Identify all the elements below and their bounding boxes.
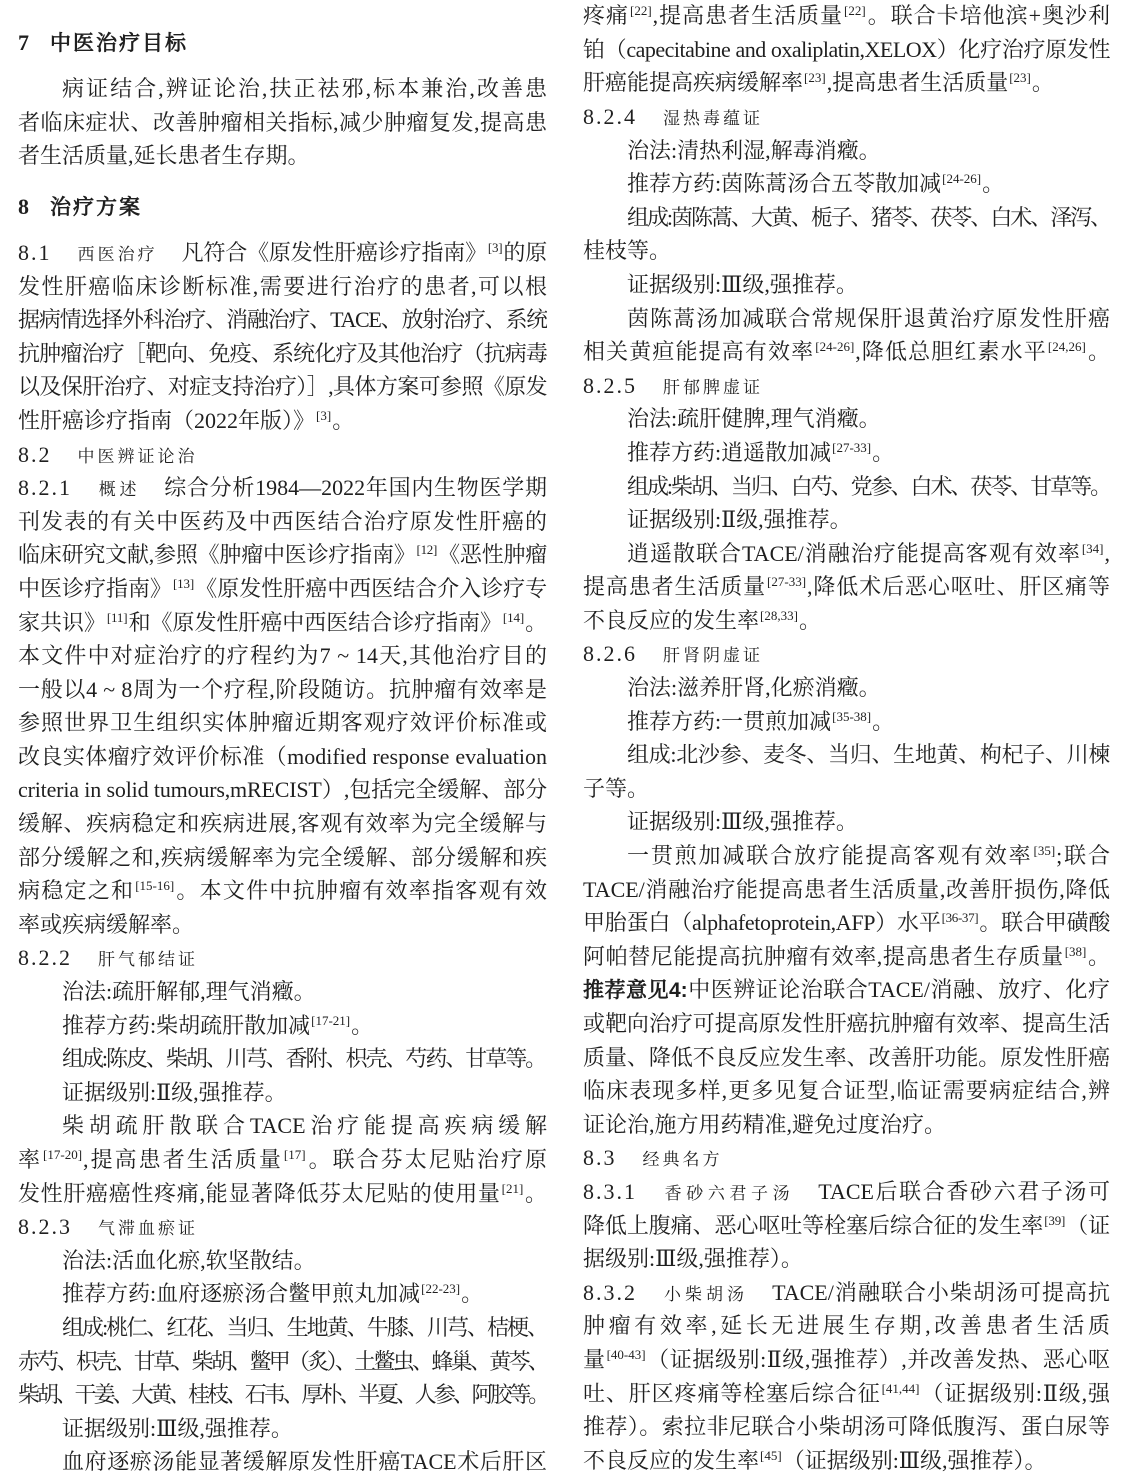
section-number: 8.2.1 <box>18 475 72 500</box>
body-text: 。 <box>525 610 547 635</box>
text-line: 相关黄疸能提高有效率[24-26],降低总胆红素水平[24,26]。 <box>583 335 1110 369</box>
body-text: 相关黄疸能提高有效率 <box>583 339 814 364</box>
body-text: 。 <box>1087 944 1110 969</box>
text-line: 中医诊疗指南》[13]《原发性肝癌中西医结合介入诊疗专 <box>18 572 547 606</box>
citation-superscript: [23] <box>804 70 826 85</box>
body-text: 抗肿瘤治疗［靶向、免疫、系统化疗及其他治疗（抗病毒 <box>18 341 547 366</box>
body-text: 据病情选择外科治疗、消融治疗、TACE、放射治疗、系统 <box>18 307 547 332</box>
citation-superscript: [27-33] <box>767 574 806 589</box>
body-text: ,降低总胆红素水平 <box>855 339 1047 364</box>
body-text: 率 <box>18 1147 42 1172</box>
body-text: 者生活质量,延长患者生存期。 <box>18 143 310 168</box>
section-title: 经典名方 <box>643 1150 723 1169</box>
citation-superscript: [24-26] <box>815 339 854 354</box>
body-text: 临床表现多样,更多见复合证型,临证需要病症结合,辨 <box>583 1078 1110 1103</box>
body-text: 推荐方药:血府逐瘀汤合鳖甲煎丸加减 <box>62 1281 420 1306</box>
citation-superscript: [22-23] <box>421 1281 460 1296</box>
text-line: 柴胡疏肝散联合TACE治疗能提高疾病缓解 <box>18 1109 547 1143</box>
citation-superscript: [17] <box>284 1147 306 1162</box>
right-column: 疼痛[22],提高患者生活质量[22]。联合卡培他滨+奥沙利铂（capecita… <box>583 0 1110 1476</box>
heading-title: 治疗方案 <box>50 196 142 219</box>
text-line: 8.1西医治疗凡符合《原发性肝癌诊疗指南》[3]的原 <box>18 236 547 270</box>
text-line: TACE/消融治疗能提高患者生活质量,改善肝损伤,降低 <box>583 873 1110 907</box>
heading-number: 8 <box>18 194 29 219</box>
text-line: 治法:疏肝解郁,理气消癥。 <box>18 975 547 1009</box>
citation-superscript: [14] <box>503 610 524 625</box>
body-text: 量 <box>583 1347 606 1372</box>
heading-title: 中医治疗目标 <box>50 32 188 55</box>
text-line: 率[17-20],提高患者生活质量[17]。联合芬太尼贴治疗原 <box>18 1143 547 1177</box>
text-line: 肿瘤有效率,延长无进展生存期,改善患者生活质 <box>583 1309 1110 1343</box>
body-text: 治法:清热利湿,解毒消癥。 <box>627 138 881 163</box>
body-text: 不良反应的发生率 <box>583 1448 759 1473</box>
body-text: 阿帕替尼能提高抗肿瘤有效率,提高患者生存质量 <box>583 944 1064 969</box>
text-line: 提高患者生活质量[27-33],降低术后恶心呕吐、肝区痛等 <box>583 570 1110 604</box>
text-line: 临床表现多样,更多见复合证型,临证需要病症结合,辨 <box>583 1074 1110 1108</box>
section-title: 概述 <box>98 480 140 499</box>
text-line: 刊发表的有关中医药及中西医结合治疗原发性肝癌的 <box>18 505 547 539</box>
text-line: 改良实体瘤疗效评价标准（modified response evaluation <box>18 740 547 774</box>
citation-superscript: [22] <box>844 3 866 18</box>
text-line: 发性肝癌癌性疼痛,能显著降低芬太尼贴的使用量[21]。 <box>18 1177 547 1211</box>
text-line: 推荐意见4:中医辨证论治联合TACE/消融、放疗、化疗 <box>583 973 1110 1007</box>
text-line: 推荐方药:血府逐瘀汤合鳖甲煎丸加减[22-23]。 <box>18 1277 547 1311</box>
text-line: 证论治,施方用药精准,避免过度治疗。 <box>583 1108 1110 1142</box>
body-text: （证据级别:Ⅱ级,强推荐）,并改善发热、恶心呕 <box>647 1347 1110 1372</box>
body-text: 刊发表的有关中医药及中西医结合治疗原发性肝癌的 <box>18 509 547 534</box>
body-text: , <box>1105 541 1111 566</box>
body-text: 组成:北沙参、麦冬、当归、生地黄、枸杞子、川楝 <box>627 742 1110 767</box>
text-line: 组成:茵陈蒿、大黄、栀子、猪苓、茯苓、白术、泽泻、 <box>583 201 1110 235</box>
section-number: 8.1 <box>18 240 52 265</box>
body-text: 。 <box>799 608 821 633</box>
body-text: 铂（capecitabine and oxaliplatin,XELOX）化疗治… <box>583 37 1110 62</box>
text-line: 参照世界卫生组织实体肿瘤近期客观疗效评价标准或 <box>18 706 547 740</box>
section-title: 西医治疗 <box>78 245 158 264</box>
body-text: 证据级别:Ⅲ级,强推荐。 <box>62 1416 293 1441</box>
body-text: 性肝癌诊疗指南（2022年版）》 <box>18 408 315 433</box>
body-text: 桂枝等。 <box>583 238 671 263</box>
body-text: 甲胎蛋白（alphafetoprotein,AFP）水平 <box>583 910 941 935</box>
body-text: 凡符合《原发性肝癌诊疗指南》 <box>182 240 487 265</box>
body-text: 组成:柴胡、当归、白芍、党参、白术、茯苓、甘草等。 <box>627 474 1110 499</box>
citation-superscript: [35-38] <box>832 709 871 724</box>
body-text: 推荐）。索拉非尼联合小柴胡汤可降低腹泻、蛋白尿等 <box>583 1414 1110 1439</box>
citation-superscript: [35] <box>1034 843 1056 858</box>
text-line: 质量、降低不良反应发生率、改善肝功能。原发性肝癌 <box>583 1041 1110 1075</box>
body-text: 中医辨证论治联合TACE/消融、放疗、化疗 <box>688 977 1110 1002</box>
body-text: 提高患者生活质量 <box>583 574 766 599</box>
body-text: 以及保肝治疗、对症支持治疗）］,具体方案可参照《原发 <box>18 374 547 399</box>
body-text: 推荐方药:柴胡疏肝散加减 <box>62 1013 310 1038</box>
body-text: ,提高患者生活质量 <box>827 70 1009 95</box>
body-text: 。 <box>461 1281 483 1306</box>
body-text: 推荐方药:逍遥散加减 <box>627 440 831 465</box>
citation-superscript: [11] <box>107 610 128 625</box>
citation-superscript: [39] <box>1044 1213 1065 1228</box>
text-line: 组成:北沙参、麦冬、当归、生地黄、枸杞子、川楝 <box>583 738 1110 772</box>
body-text: ,降低术后恶心呕吐、肝区痛等 <box>807 574 1110 599</box>
section-number: 8.2.6 <box>583 641 637 666</box>
body-text: 据级别:Ⅲ级,强推荐）。 <box>583 1246 803 1271</box>
body-text: 综合分析1984—2022年国内生物医学期 <box>164 475 547 500</box>
body-text: 本文件中对症治疗的疗程约为7 ~ 14天,其他治疗目的 <box>18 643 547 668</box>
text-line: 柴胡、干姜、大黄、桂枝、石韦、厚朴、半夏、人参、阿胶等。 <box>18 1378 547 1412</box>
text-line: criteria in solid tumours,mRECIST）,包括完全缓… <box>18 773 547 807</box>
citation-superscript: [34] <box>1082 541 1104 556</box>
section-number: 8.2.2 <box>18 945 72 970</box>
body-text: 证据级别:Ⅱ级,强推荐。 <box>62 1080 287 1105</box>
document-page: { "document": { "left_column": [ {"type"… <box>0 0 1128 1476</box>
body-text: 《原发性肝癌中西医结合介入诊疗专 <box>195 576 547 601</box>
body-text: 。 <box>524 1181 547 1206</box>
citation-superscript: [41,44] <box>882 1381 920 1396</box>
body-text: 参照世界卫生组织实体肿瘤近期客观疗效评价标准或 <box>18 710 547 735</box>
citation-superscript: [12] <box>417 542 438 557</box>
citation-superscript: [3] <box>488 240 502 255</box>
section-title: 小柴胡汤 <box>663 1285 748 1304</box>
citation-superscript: [45] <box>760 1448 782 1463</box>
body-text: 推荐方药:茵陈蒿汤合五苓散加减 <box>627 171 941 196</box>
body-text: 证论治,施方用药精准,避免过度治疗。 <box>583 1112 946 1137</box>
text-line: 阿帕替尼能提高抗肿瘤有效率,提高患者生存质量[38]。 <box>583 940 1110 974</box>
section-number: 8.2 <box>18 442 52 467</box>
text-line: 逍遥散联合TACE/消融治疗能提高客观有效率[34], <box>583 537 1110 571</box>
text-line: 降低上腹痛、恶心呕吐等栓塞后综合征的发生率[39]（证 <box>583 1209 1110 1243</box>
text-line: 证据级别:Ⅲ级,强推荐。 <box>18 1412 547 1446</box>
text-line: 治法:滋养肝肾,化瘀消癥。 <box>583 671 1110 705</box>
body-text: 治法:滋养肝肾,化瘀消癥。 <box>627 675 881 700</box>
section-heading: 8治疗方案 <box>18 190 547 224</box>
section-title: 肝气郁结证 <box>98 950 198 969</box>
text-line: 8.2.3气滞血瘀证 <box>18 1210 547 1244</box>
text-line: 8.3.1香砂六君子汤TACE后联合香砂六君子汤可 <box>583 1175 1110 1209</box>
section-title: 香砂六君子汤 <box>663 1184 794 1203</box>
text-line: 推荐方药:一贯煎加减[35-38]。 <box>583 705 1110 739</box>
body-text: 茵陈蒿汤加减联合常规保肝退黄治疗原发性肝癌 <box>627 306 1110 331</box>
section-title: 中医辨证论治 <box>78 447 198 466</box>
body-text: 。 <box>351 1013 373 1038</box>
text-line: 证据级别:Ⅲ级,强推荐。 <box>583 268 1110 302</box>
text-line: 病稳定之和[15-16]。本文件中抗肿瘤有效率指客观有效 <box>18 874 547 908</box>
text-line: 率或疾病缓解率。 <box>18 908 547 942</box>
body-text: 逍遥散联合TACE/消融治疗能提高客观有效率 <box>627 541 1081 566</box>
body-text: （证据级别:Ⅲ级,强推荐）。 <box>783 1448 1047 1473</box>
body-text: 发性肝癌癌性疼痛,能显著降低芬太尼贴的使用量 <box>18 1181 501 1206</box>
citation-superscript: [15-16] <box>135 878 174 893</box>
body-text: 推荐方药:一贯煎加减 <box>627 709 831 734</box>
text-line: 赤芍、枳壳、甘草、柴胡、鳖甲（炙）、土鳖虫、蜂巢、黄芩、 <box>18 1345 547 1379</box>
body-text: 证据级别:Ⅲ级,强推荐。 <box>627 272 858 297</box>
body-text: 。 <box>332 408 354 433</box>
text-line: 据病情选择外科治疗、消融治疗、TACE、放射治疗、系统 <box>18 303 547 337</box>
section-title: 气滞血瘀证 <box>98 1219 198 1238</box>
body-text: 组成:桃仁、红花、当归、生地黄、牛膝、川芎、桔梗、 <box>62 1315 547 1340</box>
text-line: 组成:柴胡、当归、白芍、党参、白术、茯苓、甘草等。 <box>583 470 1110 504</box>
body-text: 。联合芬太尼贴治疗原 <box>307 1147 547 1172</box>
heading-number: 7 <box>18 30 29 55</box>
text-line: 性肝癌诊疗指南（2022年版）》[3]。 <box>18 404 547 438</box>
body-text: 。 <box>872 709 894 734</box>
body-text: 部分缓解之和,疾病缓解率为完全缓解、部分缓解和疾 <box>18 845 547 870</box>
text-line: 不良反应的发生率[28,33]。 <box>583 604 1110 638</box>
text-line: 家共识》[11]和《原发性肝癌中西医结合诊疗指南》[14]。 <box>18 606 547 640</box>
text-line: 者临床症状、改善肿瘤相关指标,减少肿瘤复发,提高患 <box>18 106 547 140</box>
citation-superscript: [24-26] <box>942 171 981 186</box>
text-line: 血府逐瘀汤能显著缓解原发性肝癌TACE术后肝区 <box>18 1445 547 1476</box>
citation-superscript: [21] <box>502 1181 524 1196</box>
text-line: 据级别:Ⅲ级,强推荐）。 <box>583 1242 1110 1276</box>
section-number: 8.3.2 <box>583 1280 637 1305</box>
text-line: 肝癌能提高疾病缓解率[23],提高患者生活质量[23]。 <box>583 66 1110 100</box>
text-line: 推荐方药:茵陈蒿汤合五苓散加减[24-26]。 <box>583 167 1110 201</box>
text-line: 组成:陈皮、柴胡、川芎、香附、枳壳、芍药、甘草等。 <box>18 1042 547 1076</box>
text-line: 治法:清热利湿,解毒消癥。 <box>583 134 1110 168</box>
citation-superscript: [28,33] <box>760 608 798 623</box>
body-text: 子等。 <box>583 776 649 801</box>
body-text: 或靶向治疗可提高原发性肝癌抗肿瘤有效率、提高生活 <box>583 1011 1110 1036</box>
body-text: （证据级别:Ⅱ级,强 <box>921 1381 1110 1406</box>
citation-superscript: [13] <box>173 576 194 591</box>
text-line: 吐、肝区疼痛等栓塞后综合征[41,44]（证据级别:Ⅱ级,强 <box>583 1377 1110 1411</box>
body-text: TACE/消融联合小柴胡汤可提高抗 <box>772 1280 1110 1305</box>
text-line: 证据级别:Ⅱ级,强推荐。 <box>18 1076 547 1110</box>
body-text: 病稳定之和 <box>18 878 134 903</box>
body-text: criteria in solid tumours,mRECIST）,包括完全缓… <box>18 777 547 802</box>
body-text: 一般以4 ~ 8周为一个疗程,阶段随访。抗肿瘤有效率是 <box>18 677 547 702</box>
citation-superscript: [3] <box>316 408 331 423</box>
text-line: 一贯煎加减联合放疗能提高客观有效率[35];联合 <box>583 839 1110 873</box>
body-text: 疼痛 <box>583 3 629 28</box>
body-text: 临床研究文献,参照《肿瘤中医诊疗指南》 <box>18 542 416 567</box>
body-text: 《恶性肿瘤 <box>438 542 547 567</box>
body-text: 。 <box>982 171 1004 196</box>
body-text: 中医诊疗指南》 <box>18 576 172 601</box>
text-line: 8.2.4湿热毒蕴证 <box>583 100 1110 134</box>
text-line: 子等。 <box>583 772 1110 806</box>
text-line: 8.3.2小柴胡汤TACE/消融联合小柴胡汤可提高抗 <box>583 1276 1110 1310</box>
body-text: 家共识》 <box>18 610 106 635</box>
body-text: 组成:陈皮、柴胡、川芎、香附、枳壳、芍药、甘草等。 <box>62 1046 545 1071</box>
body-text: ,提高患者生活质量 <box>83 1147 283 1172</box>
section-title: 肝郁脾虚证 <box>663 378 763 397</box>
body-text: 降低上腹痛、恶心呕吐等栓塞后综合征的发生率 <box>583 1213 1043 1238</box>
text-line: 以及保肝治疗、对症支持治疗）］,具体方案可参照《原发 <box>18 370 547 404</box>
text-line: 疼痛[22],提高患者生活质量[22]。联合卡培他滨+奥沙利 <box>583 0 1110 33</box>
recommendation-label: 推荐意见4: <box>583 979 688 1002</box>
body-text: 肿瘤有效率,延长无进展生存期,改善患者生活质 <box>583 1313 1110 1338</box>
section-number: 8.2.3 <box>18 1214 72 1239</box>
body-text: 。 <box>872 440 894 465</box>
text-line: 8.2.6肝肾阴虚证 <box>583 637 1110 671</box>
body-text: 证据级别:Ⅲ级,强推荐。 <box>627 809 858 834</box>
text-line: 或靶向治疗可提高原发性肝癌抗肿瘤有效率、提高生活 <box>583 1007 1110 1041</box>
text-line: 8.2.1概述综合分析1984—2022年国内生物医学期 <box>18 471 547 505</box>
left-column: 7中医治疗目标病证结合,辨证论治,扶正祛邪,标本兼治,改善患者临床症状、改善肿瘤… <box>18 26 547 1476</box>
text-line: 部分缓解之和,疾病缓解率为完全缓解、部分缓解和疾 <box>18 841 547 875</box>
citation-superscript: [36-37] <box>942 910 979 925</box>
text-line: 8.3经典名方 <box>583 1141 1110 1175</box>
citation-superscript: [27-33] <box>832 440 871 455</box>
section-heading: 7中医治疗目标 <box>18 26 547 60</box>
text-line: 证据级别:Ⅲ级,强推荐。 <box>583 805 1110 839</box>
citation-superscript: [17-20] <box>43 1147 82 1162</box>
body-text: 证据级别:Ⅱ级,强推荐。 <box>627 507 852 532</box>
text-line: 发性肝癌临床诊断标准,需要进行治疗的患者,可以根 <box>18 270 547 304</box>
body-text: 的原 <box>503 240 547 265</box>
section-number: 8.2.5 <box>583 373 637 398</box>
body-text: 组成:茵陈蒿、大黄、栀子、猪苓、茯苓、白术、泽泻、 <box>627 205 1110 230</box>
text-line: 抗肿瘤治疗［靶向、免疫、系统化疗及其他治疗（抗病毒 <box>18 337 547 371</box>
body-text: 柴胡、干姜、大黄、桂枝、石韦、厚朴、半夏、人参、阿胶等。 <box>18 1382 547 1407</box>
text-line: 本文件中对症治疗的疗程约为7 ~ 14天,其他治疗目的 <box>18 639 547 673</box>
text-line: 缓解、疾病稳定和疾病进展,客观有效率为完全缓解与 <box>18 807 547 841</box>
body-text: TACE后联合香砂六君子汤可 <box>818 1179 1110 1204</box>
text-line: 茵陈蒿汤加减联合常规保肝退黄治疗原发性肝癌 <box>583 302 1110 336</box>
text-line: 甲胎蛋白（alphafetoprotein,AFP）水平[36-37]。联合甲磺… <box>583 906 1110 940</box>
body-text: 缓解、疾病稳定和疾病进展,客观有效率为完全缓解与 <box>18 811 547 836</box>
section-number: 8.3.1 <box>583 1179 637 1204</box>
text-line: 推荐方药:逍遥散加减[27-33]。 <box>583 436 1110 470</box>
body-text: ,提高患者生活质量 <box>653 3 843 28</box>
body-text: 者临床症状、改善肿瘤相关指标,减少肿瘤复发,提高患 <box>18 110 547 135</box>
body-text: TACE/消融治疗能提高患者生活质量,改善肝损伤,降低 <box>583 877 1110 902</box>
text-line: 推荐）。索拉非尼联合小柴胡汤可降低腹泻、蛋白尿等 <box>583 1410 1110 1444</box>
citation-superscript: [23] <box>1009 70 1031 85</box>
body-text: 和《原发性肝癌中西医结合诊疗指南》 <box>129 610 502 635</box>
body-text: 发性肝癌临床诊断标准,需要进行治疗的患者,可以根 <box>18 274 547 299</box>
text-line: 病证结合,辨证论治,扶正祛邪,标本兼治,改善患 <box>18 72 547 106</box>
text-line: 治法:活血化瘀,软坚散结。 <box>18 1244 547 1278</box>
section-number: 8.3 <box>583 1145 617 1170</box>
text-line: 量[40-43]（证据级别:Ⅱ级,强推荐）,并改善发热、恶心呕 <box>583 1343 1110 1377</box>
section-title: 肝肾阴虚证 <box>663 646 763 665</box>
body-text: 治法:疏肝健脾,理气消癥。 <box>627 406 881 431</box>
citation-superscript: [40-43] <box>607 1347 646 1362</box>
citation-superscript: [38] <box>1065 944 1087 959</box>
body-text: 肝癌能提高疾病缓解率 <box>583 70 803 95</box>
text-line: 者生活质量,延长患者生存期。 <box>18 139 547 173</box>
body-text: 。联合甲磺酸 <box>979 910 1110 935</box>
text-line: 8.2中医辨证论治 <box>18 438 547 472</box>
text-line: 8.2.5肝郁脾虚证 <box>583 369 1110 403</box>
body-text: 柴胡疏肝散联合TACE治疗能提高疾病缓解 <box>62 1113 547 1138</box>
body-text: （证 <box>1066 1213 1110 1238</box>
body-text: 一贯煎加减联合放疗能提高客观有效率 <box>627 843 1033 868</box>
text-line: 铂（capecitabine and oxaliplatin,XELOX）化疗治… <box>583 33 1110 67</box>
text-line: 临床研究文献,参照《肿瘤中医诊疗指南》[12]《恶性肿瘤 <box>18 538 547 572</box>
body-text: 。 <box>1087 339 1110 364</box>
text-line: 8.2.2肝气郁结证 <box>18 941 547 975</box>
section-title: 湿热毒蕴证 <box>663 109 763 128</box>
body-text: 赤芍、枳壳、甘草、柴胡、鳖甲（炙）、土鳖虫、蜂巢、黄芩、 <box>18 1349 547 1374</box>
body-text: ;联合 <box>1056 843 1110 868</box>
citation-superscript: [17-21] <box>311 1013 350 1028</box>
citation-superscript: [24,26] <box>1048 339 1086 354</box>
body-text: 吐、肝区疼痛等栓塞后综合征 <box>583 1381 881 1406</box>
citation-superscript: [22] <box>630 3 652 18</box>
body-text: 。联合卡培他滨+奥沙利 <box>867 3 1110 28</box>
text-line: 推荐方药:柴胡疏肝散加减[17-21]。 <box>18 1009 547 1043</box>
body-text: 血府逐瘀汤能显著缓解原发性肝癌TACE术后肝区 <box>62 1449 547 1474</box>
body-text: 改良实体瘤疗效评价标准（modified response evaluation <box>18 744 547 769</box>
body-text: 。 <box>1032 70 1054 95</box>
body-text: 病证结合,辨证论治,扶正祛邪,标本兼治,改善患 <box>62 76 547 101</box>
body-text: 。本文件中抗肿瘤有效率指客观有效 <box>175 878 547 903</box>
text-line: 一般以4 ~ 8周为一个疗程,阶段随访。抗肿瘤有效率是 <box>18 673 547 707</box>
text-line: 证据级别:Ⅱ级,强推荐。 <box>583 503 1110 537</box>
text-line: 不良反应的发生率[45]（证据级别:Ⅲ级,强推荐）。 <box>583 1444 1110 1476</box>
text-line: 桂枝等。 <box>583 234 1110 268</box>
body-text: 治法:活血化瘀,软坚散结。 <box>62 1248 316 1273</box>
text-line: 组成:桃仁、红花、当归、生地黄、牛膝、川芎、桔梗、 <box>18 1311 547 1345</box>
body-text: 治法:疏肝解郁,理气消癥。 <box>62 979 316 1004</box>
section-number: 8.2.4 <box>583 104 637 129</box>
text-line: 治法:疏肝健脾,理气消癥。 <box>583 402 1110 436</box>
body-text: 率或疾病缓解率。 <box>18 912 194 937</box>
body-text: 不良反应的发生率 <box>583 608 759 633</box>
body-text: 质量、降低不良反应发生率、改善肝功能。原发性肝癌 <box>583 1045 1110 1070</box>
